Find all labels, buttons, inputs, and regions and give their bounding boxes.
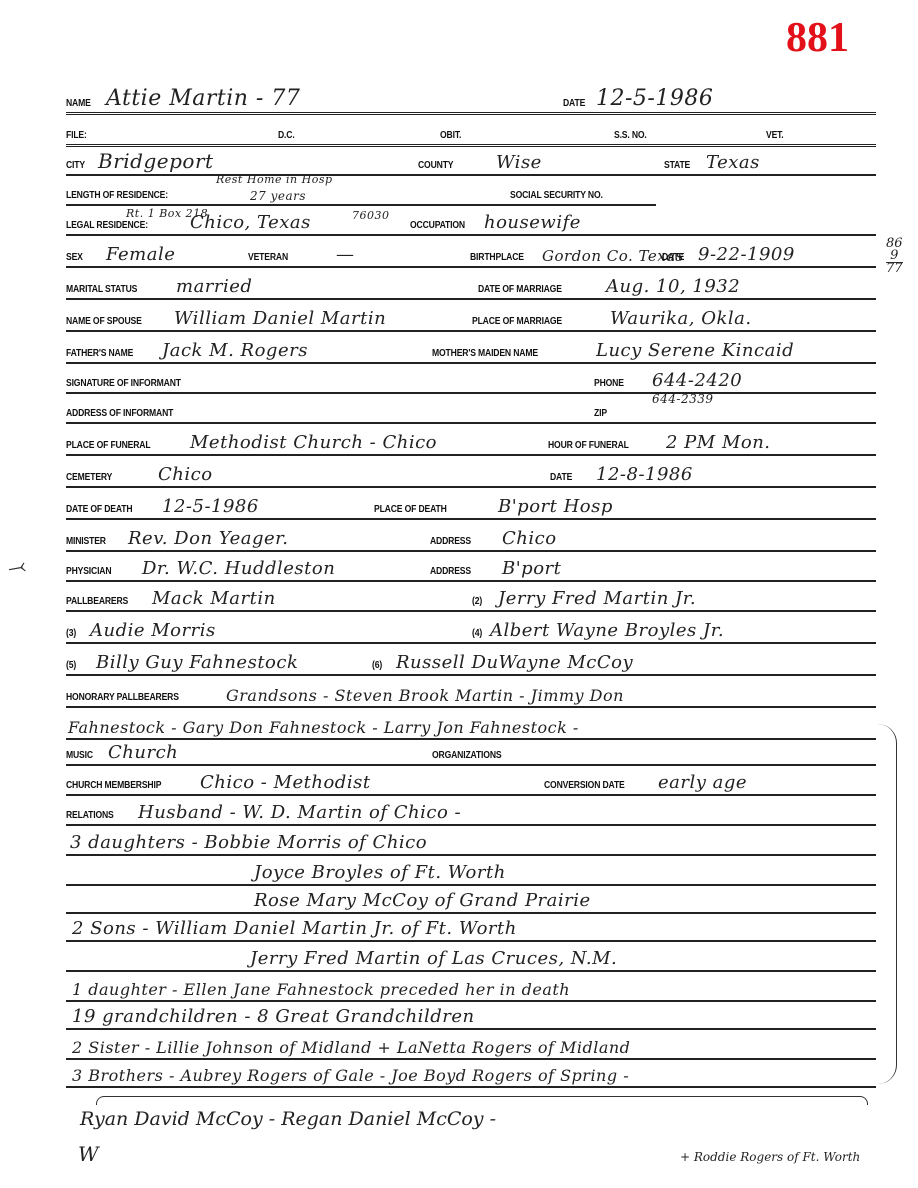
parents-row: FATHER'S NAME Jack M. Rogers MOTHER'S MA…	[66, 334, 876, 364]
length-of-residence-label: LENGTH OF RESIDENCE:	[66, 189, 168, 201]
date-of-death-label: DATE OF DEATH	[66, 503, 132, 515]
veteran-label: VETERAN	[248, 251, 288, 263]
marital-status-label: MARITAL STATUS	[66, 283, 137, 295]
spouse-value: William Daniel Martin	[174, 308, 386, 329]
name-row: NAME Attie Martin - 77 DATE 12-5-1986	[66, 82, 876, 115]
relations-row-10: 3 Brothers - Aubrey Rogers of Gale - Joe…	[66, 1058, 876, 1088]
name-label: NAME	[66, 97, 91, 109]
relations-row-8: 19 grandchildren - 8 Great Grandchildren	[66, 1000, 876, 1030]
pallbearer-1: Mack Martin	[152, 588, 276, 609]
obit-label: OBIT.	[440, 129, 461, 141]
date-value: 12-5-1986	[596, 86, 713, 111]
relations-line-6: Jerry Fred Martin of Las Cruces, N.M.	[250, 948, 617, 969]
minister-value: Rev. Don Yeager.	[128, 528, 289, 549]
cemetery-value: Chico	[158, 464, 213, 485]
father-label: FATHER'S NAME	[66, 347, 133, 359]
music-row: MUSIC Church ORGANIZATIONS	[66, 736, 876, 766]
relations-row-4: Rose Mary McCoy of Grand Prairie	[66, 884, 876, 914]
date-of-death-value: 12-5-1986	[162, 496, 259, 517]
date-of-marriage-value: Aug. 10, 1932	[606, 276, 740, 297]
relations-line-5: 2 Sons - William Daniel Martin Jr. of Ft…	[72, 918, 517, 939]
place-of-funeral-value: Methodist Church - Chico	[190, 432, 437, 453]
birthplace-label: BIRTHPLACE	[470, 251, 524, 263]
county-label: COUNTY	[418, 159, 453, 171]
cemetery-label: CEMETERY	[66, 471, 112, 483]
death-row: DATE OF DEATH 12-5-1986 PLACE OF DEATH B…	[66, 488, 876, 520]
place-of-death-label: PLACE OF DEATH	[374, 503, 447, 515]
honorary-pallbearers-line2: Fahnestock - Gary Don Fahnestock - Larry…	[68, 718, 579, 737]
informant-signature-label: SIGNATURE OF INFORMANT	[66, 377, 181, 389]
physician-address-value: B'port	[502, 558, 561, 579]
legal-residence-label: LEGAL RESIDENCE:	[66, 219, 148, 231]
relations-line-1: Husband - W. D. Martin of Chico -	[138, 802, 461, 823]
informant-row: SIGNATURE OF INFORMANT PHONE 644-2420 64…	[66, 364, 876, 394]
honorary-pallbearers-row: HONORARY PALLBEARERS Grandsons - Steven …	[66, 676, 876, 708]
pallbearer-2-num: (2)	[472, 595, 482, 607]
pallbearers-row-2: (3) Audie Morris (4) Albert Wayne Broyle…	[66, 612, 876, 644]
page-number: 881	[786, 14, 849, 62]
pallbearer-3: Audie Morris	[90, 620, 216, 641]
relations-line-10: 3 Brothers - Aubrey Rogers of Gale - Joe…	[72, 1066, 629, 1085]
margin-calc-result: 77	[886, 262, 903, 275]
sex-label: SEX	[66, 251, 83, 263]
marital-row: MARITAL STATUS married DATE OF MARRIAGE …	[66, 270, 876, 300]
minister-address-label: ADDRESS	[430, 535, 471, 547]
physician-value: Dr. W.C. Huddleston	[142, 558, 335, 579]
phone-label: PHONE	[594, 377, 624, 389]
pallbearers-label: PALLBEARERS	[66, 595, 128, 607]
physician-label: PHYSICIAN	[66, 565, 111, 577]
place-of-death-value: B'port Hosp	[498, 496, 613, 517]
marital-status-value: married	[176, 276, 252, 297]
continuation-bracket	[878, 724, 897, 1084]
city-label: CITY	[66, 159, 85, 171]
hour-of-funeral-label: HOUR OF FUNERAL	[548, 439, 629, 451]
pallbearer-6: Russell DuWayne McCoy	[396, 652, 633, 673]
cemetery-date-value: 12-8-1986	[596, 464, 693, 485]
organizations-label: ORGANIZATIONS	[432, 749, 501, 761]
father-value: Jack M. Rogers	[162, 340, 308, 361]
file-row: FILE: D.C. OBIT. S.S. NO. VET.	[66, 118, 876, 147]
length-of-residence-value: 27 years	[250, 189, 306, 203]
margin-mark-icon: ⤙	[6, 553, 28, 582]
relations-row-3: Joyce Broyles of Ft. Worth	[66, 856, 876, 886]
cemetery-row: CEMETERY Chico DATE 12-8-1986	[66, 456, 876, 488]
pallbearers-row-3: (5) Billy Guy Fahnestock (6) Russell DuW…	[66, 644, 876, 676]
margin-age-calculation: 86 9 77	[886, 238, 903, 275]
file-label: FILE:	[66, 129, 87, 141]
spouse-label: NAME OF SPOUSE	[66, 315, 142, 327]
physician-row: PHYSICIAN Dr. W.C. Huddleston ADDRESS B'…	[66, 550, 876, 582]
church-membership-value: Chico - Methodist	[200, 772, 371, 793]
sex-row: SEX Female VETERAN — BIRTHPLACE Gordon C…	[66, 238, 876, 268]
legal-residence-value: Chico, Texas	[190, 212, 311, 233]
pallbearer-5: Billy Guy Fahnestock	[96, 652, 298, 673]
relations-row-9: 2 Sister - Lillie Johnson of Midland + L…	[66, 1030, 876, 1060]
conversion-date-value: early age	[658, 772, 747, 793]
minister-row: MINISTER Rev. Don Yeager. ADDRESS Chico	[66, 520, 876, 552]
birth-date-label: DATE	[662, 251, 684, 263]
hour-of-funeral-value: 2 PM Mon.	[666, 432, 771, 453]
phone-value: 644-2420	[652, 370, 742, 391]
legal-residence-row: LEGAL RESIDENCE: Rt. 1 Box 218 Chico, Te…	[66, 206, 876, 236]
pallbearer-4-num: (4)	[472, 627, 482, 639]
sex-value: Female	[106, 244, 175, 265]
place-of-funeral-label: PLACE OF FUNERAL	[66, 439, 150, 451]
relations-row-1: RELATIONS Husband - W. D. Martin of Chic…	[66, 796, 876, 826]
occupation-value: housewife	[484, 212, 581, 233]
relations-line-4: Rose Mary McCoy of Grand Prairie	[254, 890, 591, 911]
date-label: DATE	[563, 97, 585, 109]
honorary-pallbearers-continuation: Ryan David McCoy - Regan Daniel McCoy -	[80, 1108, 496, 1130]
mother-label: MOTHER'S MAIDEN NAME	[432, 347, 538, 359]
relations-row-7: 1 daughter - Ellen Jane Fahnestock prece…	[66, 972, 876, 1002]
city-value: Bridgeport	[98, 149, 214, 173]
state-label: STATE	[664, 159, 690, 171]
pallbearer-5-num: (5)	[66, 659, 76, 671]
pallbearer-4: Albert Wayne Broyles Jr.	[490, 620, 724, 641]
informant-address-label: ADDRESS OF INFORMANT	[66, 407, 173, 419]
music-label: MUSIC	[66, 749, 93, 761]
relations-row-6: Jerry Fred Martin of Las Cruces, N.M.	[66, 942, 876, 972]
county-value: Wise	[496, 152, 542, 173]
initials: W	[78, 1142, 99, 1166]
date-of-marriage-label: DATE OF MARRIAGE	[478, 283, 562, 295]
name-value: Attie Martin - 77	[106, 86, 300, 111]
relations-line-3: Joyce Broyles of Ft. Worth	[254, 862, 506, 883]
music-value: Church	[108, 742, 178, 763]
spouse-row: NAME OF SPOUSE William Daniel Martin PLA…	[66, 302, 876, 332]
pallbearers-row-1: PALLBEARERS Mack Martin (2) Jerry Fred M…	[66, 580, 876, 612]
social-security-label: SOCIAL SECURITY NO.	[510, 189, 603, 201]
vet-label: VET.	[766, 129, 784, 141]
place-of-marriage-label: PLACE OF MARRIAGE	[472, 315, 562, 327]
relations-line-9: 2 Sister - Lillie Johnson of Midland + L…	[72, 1038, 630, 1057]
legal-residence-zip: 76030	[352, 209, 390, 222]
veteran-value: —	[336, 244, 355, 265]
cemetery-date-label: DATE	[550, 471, 572, 483]
informant-address-row: ADDRESS OF INFORMANT ZIP	[66, 396, 876, 424]
continuation-brace	[96, 1096, 868, 1105]
church-row: CHURCH MEMBERSHIP Chico - Methodist CONV…	[66, 766, 876, 796]
relations-continuation: + Roddie Rogers of Ft. Worth	[680, 1150, 860, 1164]
residence-length-row: LENGTH OF RESIDENCE: 27 years SOCIAL SEC…	[66, 178, 656, 206]
relations-row-2: 3 daughters - Bobbie Morris of Chico	[66, 826, 876, 856]
church-membership-label: CHURCH MEMBERSHIP	[66, 779, 161, 791]
city-row: CITY Bridgeport Rest Home in Hosp COUNTY…	[66, 146, 876, 176]
conversion-date-label: CONVERSION DATE	[544, 779, 625, 791]
dc-label: D.C.	[278, 129, 295, 141]
minister-address-value: Chico	[502, 528, 557, 549]
pallbearer-3-num: (3)	[66, 627, 76, 639]
occupation-label: OCCUPATION	[410, 219, 465, 231]
zip-label: ZIP	[594, 407, 607, 419]
place-of-marriage-value: Waurika, Okla.	[610, 308, 752, 329]
honorary-pallbearers-label: HONORARY PALLBEARERS	[66, 691, 179, 703]
relations-line-7: 1 daughter - Ellen Jane Fahnestock prece…	[72, 980, 570, 999]
relations-row-5: 2 Sons - William Daniel Martin Jr. of Ft…	[66, 912, 876, 942]
relations-label: RELATIONS	[66, 809, 114, 821]
honorary-pallbearers-line1: Grandsons - Steven Brook Martin - Jimmy …	[226, 686, 624, 705]
pallbearer-6-num: (6)	[372, 659, 382, 671]
relations-line-2: 3 daughters - Bobbie Morris of Chico	[70, 832, 427, 853]
pallbearer-2: Jerry Fred Martin Jr.	[498, 588, 696, 609]
funeral-row: PLACE OF FUNERAL Methodist Church - Chic…	[66, 424, 876, 456]
relations-line-8: 19 grandchildren - 8 Great Grandchildren	[72, 1006, 475, 1027]
birth-date-value: 9-22-1909	[698, 244, 795, 265]
mother-value: Lucy Serene Kincaid	[596, 340, 794, 361]
minister-label: MINISTER	[66, 535, 106, 547]
physician-address-label: ADDRESS	[430, 565, 471, 577]
ssno-label: S.S. NO.	[614, 129, 647, 141]
state-value: Texas	[706, 152, 760, 173]
